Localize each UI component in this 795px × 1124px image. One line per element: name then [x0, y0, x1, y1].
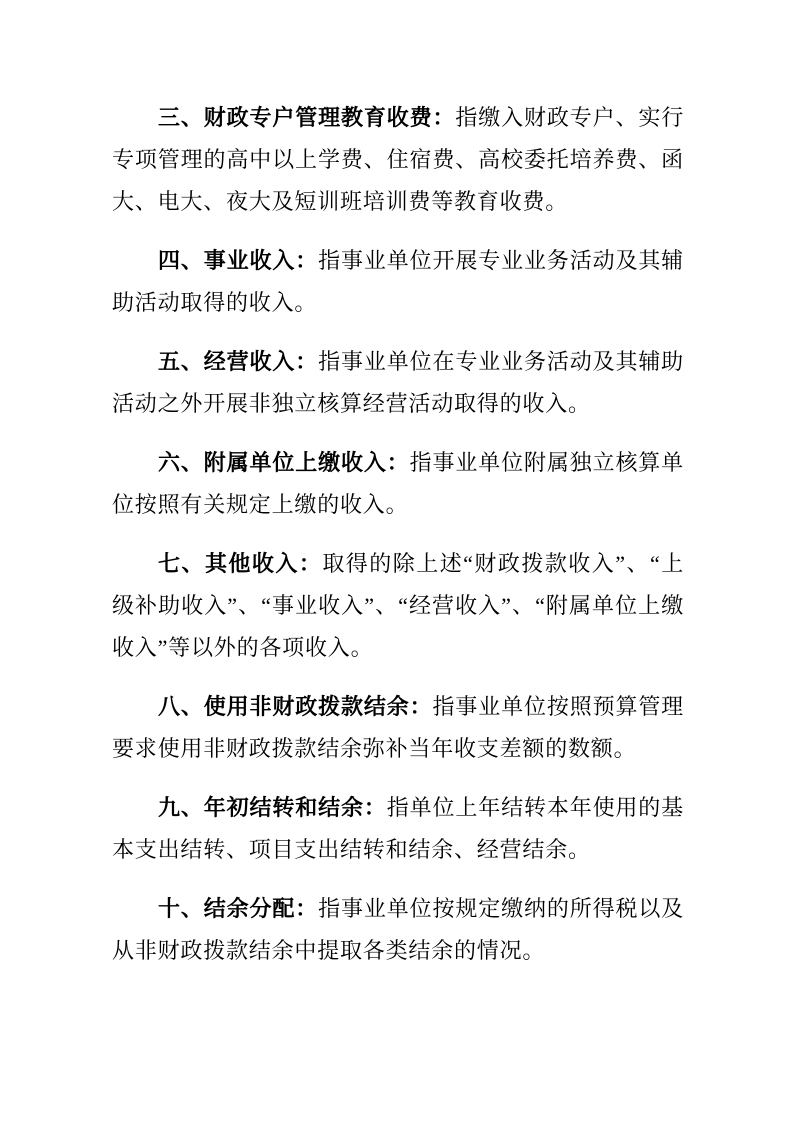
definition-paragraph: 十、结余分配：指事业单位按规定缴纳的所得税以及从非财政拨款结余中提取各类结余的情…: [112, 888, 684, 972]
definition-paragraph: 六、附属单位上缴收入：指事业单位附属独立核算单位按照有关规定上缴的收入。: [112, 442, 684, 526]
document-page: 三、财政专户管理教育收费：指缴入财政专户、实行专项管理的高中以上学费、住宿费、高…: [0, 0, 795, 1124]
definition-paragraph: 七、其他收入：取得的除上述“财政拨款收入”、“上级补助收入”、“事业收入”、“经…: [112, 543, 684, 669]
definition-term: 七、其他收入：: [158, 551, 322, 576]
definition-paragraph: 三、财政专户管理教育收费：指缴入财政专户、实行专项管理的高中以上学费、住宿费、高…: [112, 97, 684, 223]
definition-term: 三、财政专户管理教育收费：: [158, 105, 455, 130]
definition-term: 八、使用非财政拨款结余：: [158, 694, 432, 719]
definition-paragraph: 九、年初结转和结余：指单位上年结转本年使用的基本支出结转、项目支出结转和结余、经…: [112, 787, 684, 871]
definition-paragraph: 五、经营收入：指事业单位在专业业务活动及其辅助活动之外开展非独立核算经营活动取得…: [112, 341, 684, 425]
definition-term: 五、经营收入：: [158, 349, 318, 374]
definition-term: 十、结余分配：: [158, 896, 318, 921]
definition-term: 四、事业收入：: [158, 248, 318, 273]
definition-paragraph: 四、事业收入：指事业单位开展专业业务活动及其辅助活动取得的收入。: [112, 240, 684, 324]
definition-term: 六、附属单位上缴收入：: [158, 450, 410, 475]
definition-term: 九、年初结转和结余：: [158, 795, 387, 820]
definition-paragraph: 八、使用非财政拨款结余：指事业单位按照预算管理要求使用非财政拨款结余弥补当年收支…: [112, 686, 684, 770]
